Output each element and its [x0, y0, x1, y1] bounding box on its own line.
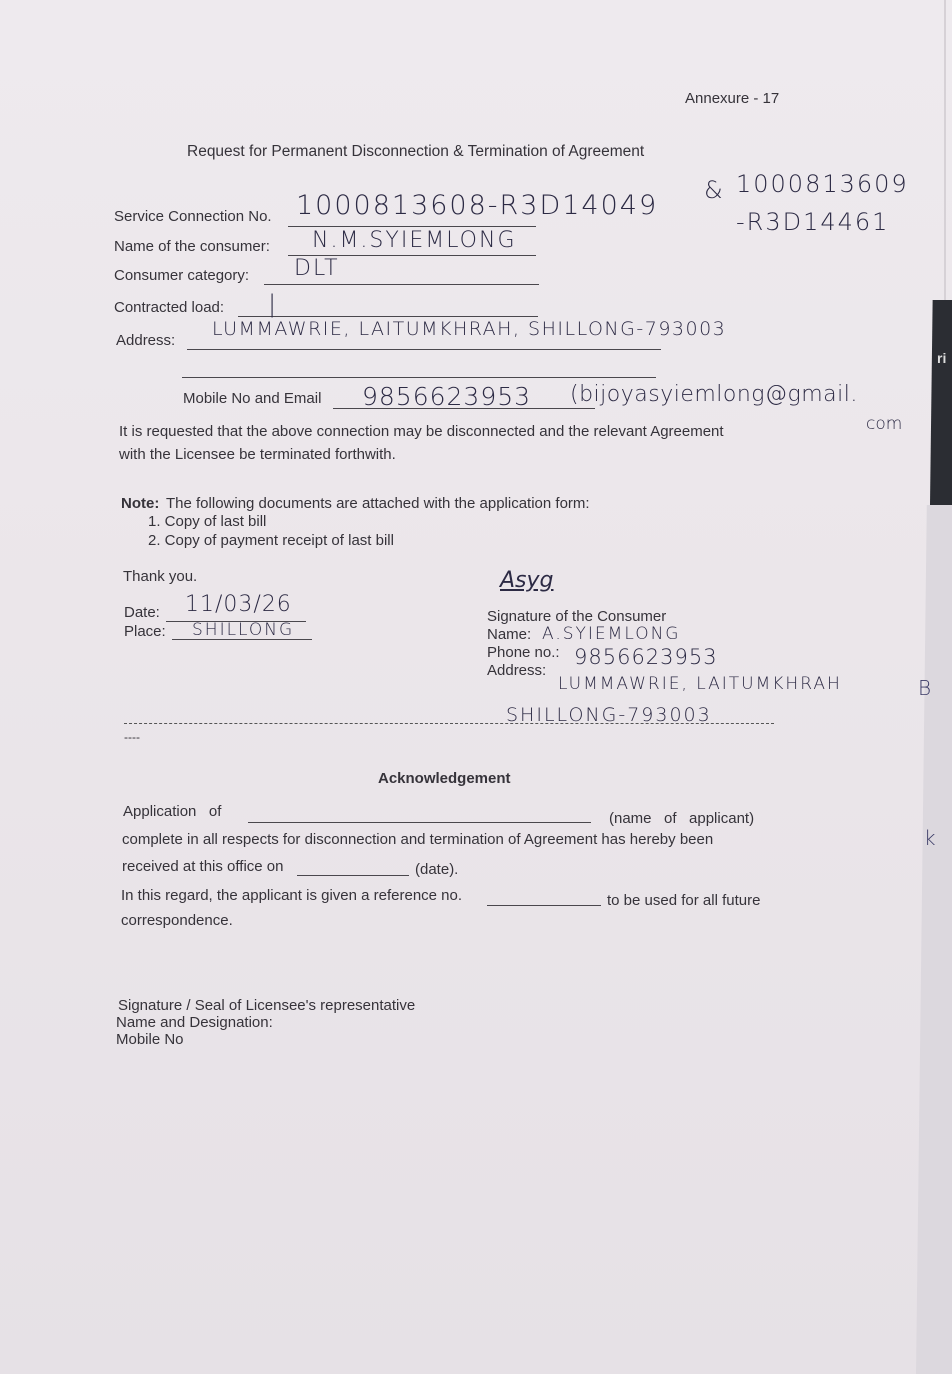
place-label: Place: — [124, 623, 166, 640]
ampersand: & — [704, 176, 725, 204]
address-line-2 — [182, 377, 656, 378]
attachment-item: 1. Copy of last bill — [148, 513, 266, 530]
ack-text: (date). — [415, 861, 458, 878]
ack-text: Application of — [123, 803, 221, 820]
ack-text: received at this office on — [122, 858, 283, 875]
contracted-load-value: | — [268, 290, 278, 318]
mobile-email-label: Mobile No and Email — [183, 390, 321, 407]
note-label: Note: — [121, 495, 159, 512]
background-behind-page — [930, 300, 952, 505]
acknowledgement-title: Acknowledgement — [378, 770, 511, 787]
document-title: Request for Permanent Disconnection & Te… — [187, 143, 644, 161]
signature-label: Signature of the Consumer — [487, 608, 666, 625]
attachment-item: 2. Copy of payment receipt of last bill — [148, 532, 394, 549]
request-text: It is requested that the above connectio… — [119, 423, 724, 440]
received-date-blank — [297, 875, 409, 876]
applicant-name-blank — [248, 822, 591, 823]
date-value: 11/03/26 — [185, 592, 292, 617]
consumer-category-value: DLT — [294, 256, 340, 281]
ack-text: correspondence. — [121, 912, 233, 929]
licensee-mobile-label: Mobile No — [116, 1031, 184, 1048]
address-label: Address: — [116, 332, 175, 349]
ack-text: to be used for all future — [607, 892, 760, 909]
email-value-tail: com — [866, 414, 902, 434]
consumer-category-line — [264, 284, 539, 285]
signer-name-value: A.SYIEMLONG — [542, 624, 680, 644]
ack-text: (name of applicant) — [609, 810, 754, 827]
address-line-1 — [187, 349, 661, 350]
mobile-value: 9856623953 — [362, 382, 531, 411]
cut-line-separator — [124, 723, 774, 724]
request-text: with the Licensee be terminated forthwit… — [119, 446, 396, 463]
cut-line-tail: ---- — [124, 730, 140, 744]
licensee-signature-label: Signature / Seal of Licensee's represent… — [118, 997, 415, 1014]
consumer-signature: Asyg — [500, 568, 554, 593]
licensee-name-designation-label: Name and Designation: — [116, 1014, 273, 1031]
margin-mark: ri — [937, 350, 946, 366]
service-connection-value-2-suffix: -R3D14461 — [736, 208, 889, 236]
consumer-name-label: Name of the consumer: — [114, 238, 270, 255]
signer-address-label: Address: — [487, 662, 546, 679]
place-value: SHILLONG — [192, 620, 294, 640]
address-value: LUMMAWRIE, LAITUMKHRAH, SHILLONG-793003 — [212, 318, 726, 340]
margin-mark: k — [924, 826, 938, 850]
reference-no-blank — [487, 905, 601, 906]
note-text: The following documents are attached wit… — [166, 495, 590, 512]
consumer-category-label: Consumer category: — [114, 267, 249, 284]
signer-phone-label: Phone no.: — [487, 644, 560, 661]
contracted-load-label: Contracted load: — [114, 299, 224, 316]
service-connection-value-2: 1000813609 — [736, 170, 909, 198]
consumer-name-value: N.M.SYIEMLONG — [312, 228, 517, 253]
margin-mark: B — [918, 676, 933, 700]
contracted-load-line — [238, 316, 538, 317]
service-connection-line — [288, 226, 536, 227]
signer-name-label: Name: — [487, 626, 531, 643]
service-connection-label: Service Connection No. — [114, 208, 272, 225]
annexure-label: Annexure - 17 — [685, 90, 779, 107]
email-value: (bijoyasyiemlong@gmail. — [570, 382, 858, 407]
ack-text: complete in all respects for disconnecti… — [122, 831, 713, 848]
date-label: Date: — [124, 604, 160, 621]
ack-text: In this regard, the applicant is given a… — [121, 887, 462, 904]
page-edge — [944, 0, 946, 300]
thank-you: Thank you. — [123, 568, 197, 585]
service-connection-value: 1000813608-R3D14049 — [296, 190, 658, 221]
signer-phone-value: 9856623953 — [574, 645, 718, 669]
signer-address-line1: LUMMAWRIE, LAITUMKHRAH — [558, 674, 842, 694]
